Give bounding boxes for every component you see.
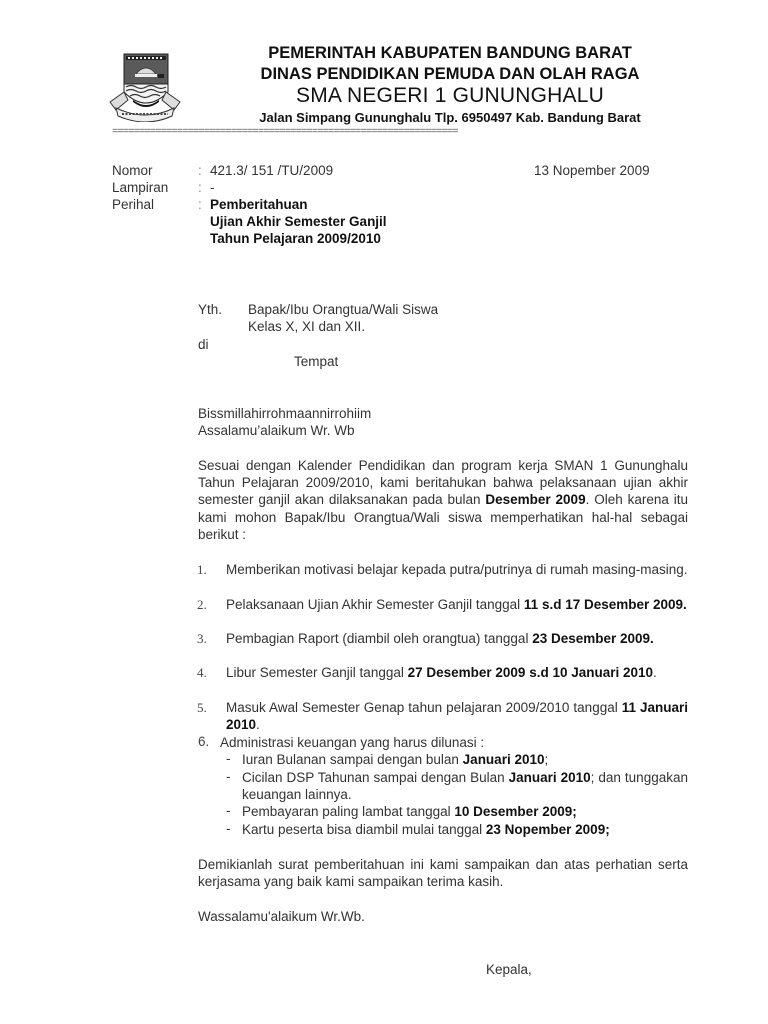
sublist-item: Cicilan DSP Tahunan sampai dengan Bulan … (242, 769, 688, 803)
list-item-number: 6. (198, 734, 209, 749)
sublist-bullet: - (226, 821, 231, 836)
perihal-colon: : (198, 197, 202, 212)
intro-paragraph: Sesuai dengan Kalender Pendidikan dan pr… (198, 457, 688, 543)
signature-title: Kepala, (486, 961, 532, 978)
list-item: Pelaksanaan Ujian Akhir Semester Ganjil … (226, 596, 688, 613)
list-item-number: 4. (197, 665, 207, 681)
sublist-bullet: - (226, 769, 231, 784)
nomor-value: 421.3/ 151 /TU/2009 (210, 163, 333, 178)
letterhead-government: PEMERINTAH KABUPATEN BANDUNG BARAT (190, 44, 710, 63)
sublist-bullet: - (226, 803, 231, 818)
recipient-tempat: Tempat (294, 353, 338, 370)
bismillah: Bissmillahirrohmaannirrohiim (198, 405, 371, 422)
recipient-line: Bapak/Ibu Orangtua/Wali Siswa (248, 301, 438, 318)
lampiran-value: - (210, 180, 215, 195)
list-item-number: 1. (197, 562, 207, 578)
nomor-colon: : (198, 163, 202, 178)
list-item: Masuk Awal Semester Genap tahun pelajara… (226, 699, 688, 733)
regency-coat-of-arms-icon (106, 52, 184, 122)
perihal-line: Tahun Pelajaran 2009/2010 (210, 231, 381, 246)
sublist-item: Pembayaran paling lambat tanggal 10 Dese… (242, 803, 688, 820)
perihal-line: Ujian Akhir Semester Ganjil (210, 214, 387, 229)
list-item-number: 2. (197, 597, 207, 613)
letterhead-address: Jalan Simpang Gununghalu Tlp. 6950497 Ka… (190, 110, 710, 125)
lampiran-label: Lampiran (112, 180, 168, 195)
sublist-item: Iuran Bulanan sampai dengan bulan Januar… (242, 751, 688, 768)
list-item-number: 5. (197, 700, 207, 716)
recipient-di: di (198, 336, 209, 353)
list-item: Pembagian Raport (diambil oleh orangtua)… (226, 630, 688, 647)
salam-opening: Assalamu’alaikum Wr. Wb (198, 422, 355, 439)
list-item: Administrasi keuangan yang harus dilunas… (220, 734, 682, 751)
sublist-bullet: - (226, 751, 231, 766)
salam-closing: Wassalamu'alaikum Wr.Wb. (198, 908, 365, 925)
sublist-item: Kartu peserta bisa diambil mulai tanggal… (242, 821, 688, 838)
letterhead-separator: ========================================… (112, 127, 687, 137)
list-item: Memberikan motivasi belajar kepada putra… (226, 561, 688, 578)
recipient-line: Kelas X, XI dan XII. (248, 318, 365, 335)
letterhead-school-name: SMA NEGERI 1 GUNUNGHALU (190, 84, 710, 108)
list-item-number: 3. (197, 631, 207, 647)
letter-date: 13 Nopember 2009 (534, 163, 650, 178)
closing-paragraph: Demikianlah surat pemberitahuan ini kami… (198, 856, 688, 890)
recipient-yth: Yth. (198, 301, 222, 318)
list-item: Libur Semester Ganjil tanggal 27 Desembe… (226, 664, 688, 681)
nomor-label: Nomor (112, 163, 153, 178)
perihal-label: Perihal (112, 197, 154, 212)
lampiran-colon: : (198, 180, 202, 195)
perihal-line: Pemberitahuan (210, 197, 308, 212)
letterhead-department: DINAS PENDIDIKAN PEMUDA DAN OLAH RAGA (190, 65, 710, 84)
